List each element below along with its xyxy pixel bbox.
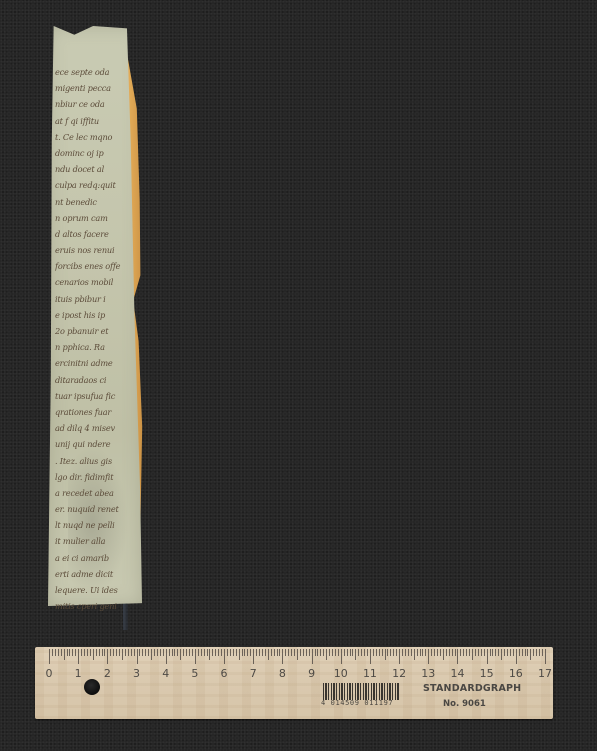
ruler-model: No. 9061 (443, 699, 486, 709)
ruler-tick (244, 649, 245, 656)
ruler-tick (279, 649, 280, 656)
ruler-tick (463, 649, 464, 656)
ruler-tick (542, 649, 543, 656)
ruler-tick (157, 649, 158, 656)
ruler-number: 11 (363, 667, 377, 680)
ruler-tick (309, 649, 310, 656)
ruler-tick (385, 649, 386, 660)
ruler-tick (472, 649, 473, 660)
ruler-number: 10 (334, 667, 348, 680)
ruler-tick (259, 649, 260, 656)
manuscript-line: ercinitni adme (55, 355, 133, 371)
ruler-tick (87, 649, 88, 656)
manuscript-line: ndu docet al (55, 161, 133, 177)
ruler-tick (84, 649, 85, 656)
manuscript-line: it mulier alla (55, 533, 133, 549)
ruler-tick (364, 649, 365, 656)
ruler-number: 6 (221, 667, 228, 680)
ruler-tick (498, 649, 499, 656)
photo-scene: ece septe odamigenti peccanbiur ce odaat… (0, 0, 597, 751)
ruler-tick (408, 649, 409, 656)
ruler-tick (113, 649, 114, 656)
ruler-number: 7 (250, 667, 257, 680)
ruler-tick (522, 649, 523, 656)
ruler-tick (358, 649, 359, 656)
ruler-tick (417, 649, 418, 656)
ruler-tick (320, 649, 321, 656)
manuscript-line: ad dilq 4 misev (55, 420, 133, 436)
ruler-tick (355, 649, 356, 660)
ruler-tick (207, 649, 208, 656)
ruler-tick (163, 649, 164, 656)
ruler-tick (387, 649, 388, 656)
ruler-number: 15 (480, 667, 494, 680)
ruler-number: 8 (279, 667, 286, 680)
manuscript-line: n pphica. Ra (55, 339, 133, 355)
ruler-tick (446, 649, 447, 656)
ruler-tick (341, 649, 342, 664)
ruler-tick (352, 649, 353, 656)
ruler-tick (224, 649, 225, 664)
ruler-tick (449, 649, 450, 656)
manuscript-line: lgo dir. fidimfit (55, 469, 133, 485)
ruler-tick (519, 649, 520, 656)
ruler-tick (533, 649, 534, 656)
ruler-tick (466, 649, 467, 656)
manuscript-line: nbiur ce oda (55, 96, 133, 112)
manuscript-line: lt nuqd ne pelli (55, 517, 133, 533)
ruler-tick (291, 649, 292, 656)
ruler-tick (93, 649, 94, 660)
manuscript-line: n oprum cam (55, 210, 133, 226)
ruler-tick (344, 649, 345, 656)
manuscript-line: ditaradaos ci (55, 372, 133, 388)
ruler-tick (294, 649, 295, 656)
ruler-tick (501, 649, 502, 660)
ruler-number: 4 (162, 667, 169, 680)
manuscript-line: . Itez. alius gis (55, 453, 133, 469)
ruler-tick (440, 649, 441, 656)
ruler-tick (545, 649, 546, 664)
ruler-tick (536, 649, 537, 656)
ruler-tick (253, 649, 254, 664)
ruler-tick (110, 649, 111, 656)
ruler-tick (49, 649, 50, 664)
ruler-tick (481, 649, 482, 656)
ruler-tick (215, 649, 216, 656)
ruler-tick (539, 649, 540, 656)
ruler-tick (285, 649, 286, 656)
barcode-number: 4 014509 011197 (321, 699, 393, 707)
ruler-tick (487, 649, 488, 664)
ruler-tick (297, 649, 298, 660)
ruler-tick (201, 649, 202, 656)
ruler-tick (166, 649, 167, 664)
ruler-tick (198, 649, 199, 656)
ruler-tick (338, 649, 339, 656)
ruler-tick (122, 649, 123, 660)
ruler-tick (142, 649, 143, 656)
manuscript-line: dominc oj ip (55, 145, 133, 161)
ruler-ticks: 01234567891011121314151617 (49, 649, 545, 671)
ruler-number: 3 (133, 667, 140, 680)
ruler-tick (443, 649, 444, 660)
ruler-tick (315, 649, 316, 656)
ruler-tick (180, 649, 181, 660)
ruler-tick (227, 649, 228, 656)
ruler-tick (457, 649, 458, 664)
ruler-tick (317, 649, 318, 656)
ruler-tick (204, 649, 205, 656)
ruler-tick (268, 649, 269, 660)
ruler-tick (218, 649, 219, 656)
ruler-number: 5 (191, 667, 198, 680)
manuscript-line: qrationes fuar (55, 404, 133, 420)
manuscript-line: a ei ci amarib (55, 550, 133, 566)
manuscript-line: er. nuquid renet (55, 501, 133, 517)
ruler-tick (58, 649, 59, 656)
ruler-tick (69, 649, 70, 656)
ruler-number: 2 (104, 667, 111, 680)
ruler-tick (455, 649, 456, 656)
ruler-tick (192, 649, 193, 656)
ruler-hole (84, 679, 100, 695)
ruler-tick (373, 649, 374, 656)
ruler-tick (139, 649, 140, 656)
ruler-tick (274, 649, 275, 656)
ruler-tick (75, 649, 76, 656)
ruler-number: 13 (421, 667, 435, 680)
barcode (323, 683, 399, 700)
ruler-tick (382, 649, 383, 656)
ruler-tick (277, 649, 278, 656)
ruler-tick (55, 649, 56, 656)
ruler-tick (137, 649, 138, 664)
ruler-number: 9 (308, 667, 315, 680)
ruler-tick (169, 649, 170, 656)
ruler-tick (271, 649, 272, 656)
manuscript-line: cenarios mobil (55, 274, 133, 290)
ruler-tick (148, 649, 149, 656)
ruler-tick (81, 649, 82, 656)
ruler-tick (131, 649, 132, 656)
ruler-tick (61, 649, 62, 656)
ruler-tick (347, 649, 348, 656)
ruler-tick (396, 649, 397, 656)
ruler-tick (437, 649, 438, 656)
ruler-tick (250, 649, 251, 656)
ruler-tick (134, 649, 135, 656)
ruler-tick (492, 649, 493, 656)
ruler-tick (242, 649, 243, 656)
ruler-tick (189, 649, 190, 656)
ruler-tick (262, 649, 263, 656)
ruler-tick (154, 649, 155, 656)
ruler-tick (145, 649, 146, 656)
ruler-tick (265, 649, 266, 656)
ruler-tick (119, 649, 120, 656)
ruler-tick (495, 649, 496, 656)
ruler-tick (484, 649, 485, 656)
manuscript-line: 2o pbanuir et (55, 323, 133, 339)
ruler-tick (172, 649, 173, 656)
ruler-tick (469, 649, 470, 656)
ruler-tick (64, 649, 65, 660)
ruler-brand: STANDARDGRAPH (423, 683, 521, 694)
manuscript-line: culpa redq:quit (55, 177, 133, 193)
manuscript-line: mitis cperi geni (55, 598, 133, 614)
ruler-tick (102, 649, 103, 656)
ruler-tick (510, 649, 511, 656)
manuscript-line: t. Ce lec mqno (55, 129, 133, 145)
manuscript-line: unij qui ndere (55, 436, 133, 452)
manuscript-line: forcibs enes offe (55, 258, 133, 274)
manuscript-line: nt benedic (55, 194, 133, 210)
ruler-tick (390, 649, 391, 656)
ruler-tick (405, 649, 406, 656)
ruler-tick (393, 649, 394, 656)
ruler-tick (490, 649, 491, 656)
ruler-tick (527, 649, 528, 656)
ruler-tick (233, 649, 234, 656)
ruler-tick (329, 649, 330, 656)
manuscript-text: ece septe odamigenti peccanbiur ce odaat… (55, 64, 133, 614)
ruler-tick (104, 649, 105, 656)
manuscript-line: lequere. Ui ides (55, 582, 133, 598)
ruler-tick (425, 649, 426, 656)
ruler-tick (174, 649, 175, 656)
ruler-tick (335, 649, 336, 656)
ruler-tick (414, 649, 415, 660)
manuscript-line: d altos facere (55, 226, 133, 242)
ruler-tick (504, 649, 505, 656)
ruler-tick (160, 649, 161, 656)
ruler-tick (428, 649, 429, 664)
ruler-tick (236, 649, 237, 656)
manuscript-line: e ipost his ip (55, 307, 133, 323)
ruler-tick (513, 649, 514, 656)
ruler-tick (230, 649, 231, 656)
ruler-tick (99, 649, 100, 656)
ruler-number: 16 (509, 667, 523, 680)
ruler-tick (411, 649, 412, 656)
manuscript-line: migenti pecca (55, 80, 133, 96)
ruler-tick (312, 649, 313, 664)
ruler-tick (128, 649, 129, 656)
manuscript-line: eruis nos renui (55, 242, 133, 258)
ruler-tick (507, 649, 508, 656)
ruler-tick (221, 649, 222, 656)
ruler-tick (460, 649, 461, 656)
ruler-tick (516, 649, 517, 664)
ruler-tick (282, 649, 283, 664)
ruler-tick (52, 649, 53, 656)
ruler-tick (475, 649, 476, 656)
ruler-tick (209, 649, 210, 660)
ruler-tick (431, 649, 432, 656)
ruler-tick (288, 649, 289, 656)
manuscript-line: a recedet abea (55, 485, 133, 501)
ruler-tick (361, 649, 362, 656)
ruler-tick (90, 649, 91, 656)
ruler-tick (96, 649, 97, 656)
ruler-tick (399, 649, 400, 664)
ruler-tick (183, 649, 184, 656)
ruler-tick (530, 649, 531, 660)
manuscript-line: tuar ipsufua fic (55, 388, 133, 404)
ruler-tick (186, 649, 187, 656)
ruler-tick (67, 649, 68, 656)
ruler-tick (116, 649, 117, 656)
manuscript-line: at f qi iffitu (55, 113, 133, 129)
ruler-tick (247, 649, 248, 656)
ruler-tick (72, 649, 73, 656)
manuscript-line: ituis pbibur i (55, 291, 133, 307)
ruler-tick (78, 649, 79, 664)
manuscript-line: erti adme dicit (55, 566, 133, 582)
ruler-number: 17 (538, 667, 552, 680)
ruler-tick (303, 649, 304, 656)
ruler-tick (367, 649, 368, 656)
ruler-number: 0 (46, 667, 53, 680)
ruler-tick (107, 649, 108, 664)
ruler-number: 1 (75, 667, 82, 680)
ruler-tick (151, 649, 152, 660)
ruler-tick (256, 649, 257, 656)
ruler-tick (434, 649, 435, 656)
ruler-tick (300, 649, 301, 656)
ruler-tick (478, 649, 479, 656)
ruler-tick (350, 649, 351, 656)
ruler-tick (125, 649, 126, 656)
ruler-tick (525, 649, 526, 656)
ruler-tick (379, 649, 380, 656)
ruler-tick (323, 649, 324, 656)
ruler-tick (326, 649, 327, 660)
ruler-number: 14 (450, 667, 464, 680)
ruler-tick (239, 649, 240, 660)
ruler-tick (195, 649, 196, 664)
ruler-tick (420, 649, 421, 656)
ruler-tick (177, 649, 178, 656)
ruler-tick (376, 649, 377, 656)
ruler-tick (306, 649, 307, 656)
ruler-tick (402, 649, 403, 656)
ruler-number: 12 (392, 667, 406, 680)
scale-ruler: 01234567891011121314151617 4 014509 0111… (35, 647, 553, 719)
ruler-tick (332, 649, 333, 656)
ruler-tick (422, 649, 423, 656)
ruler-tick (370, 649, 371, 664)
ruler-tick (452, 649, 453, 656)
manuscript-line: ece septe oda (55, 64, 133, 80)
ruler-tick (212, 649, 213, 656)
